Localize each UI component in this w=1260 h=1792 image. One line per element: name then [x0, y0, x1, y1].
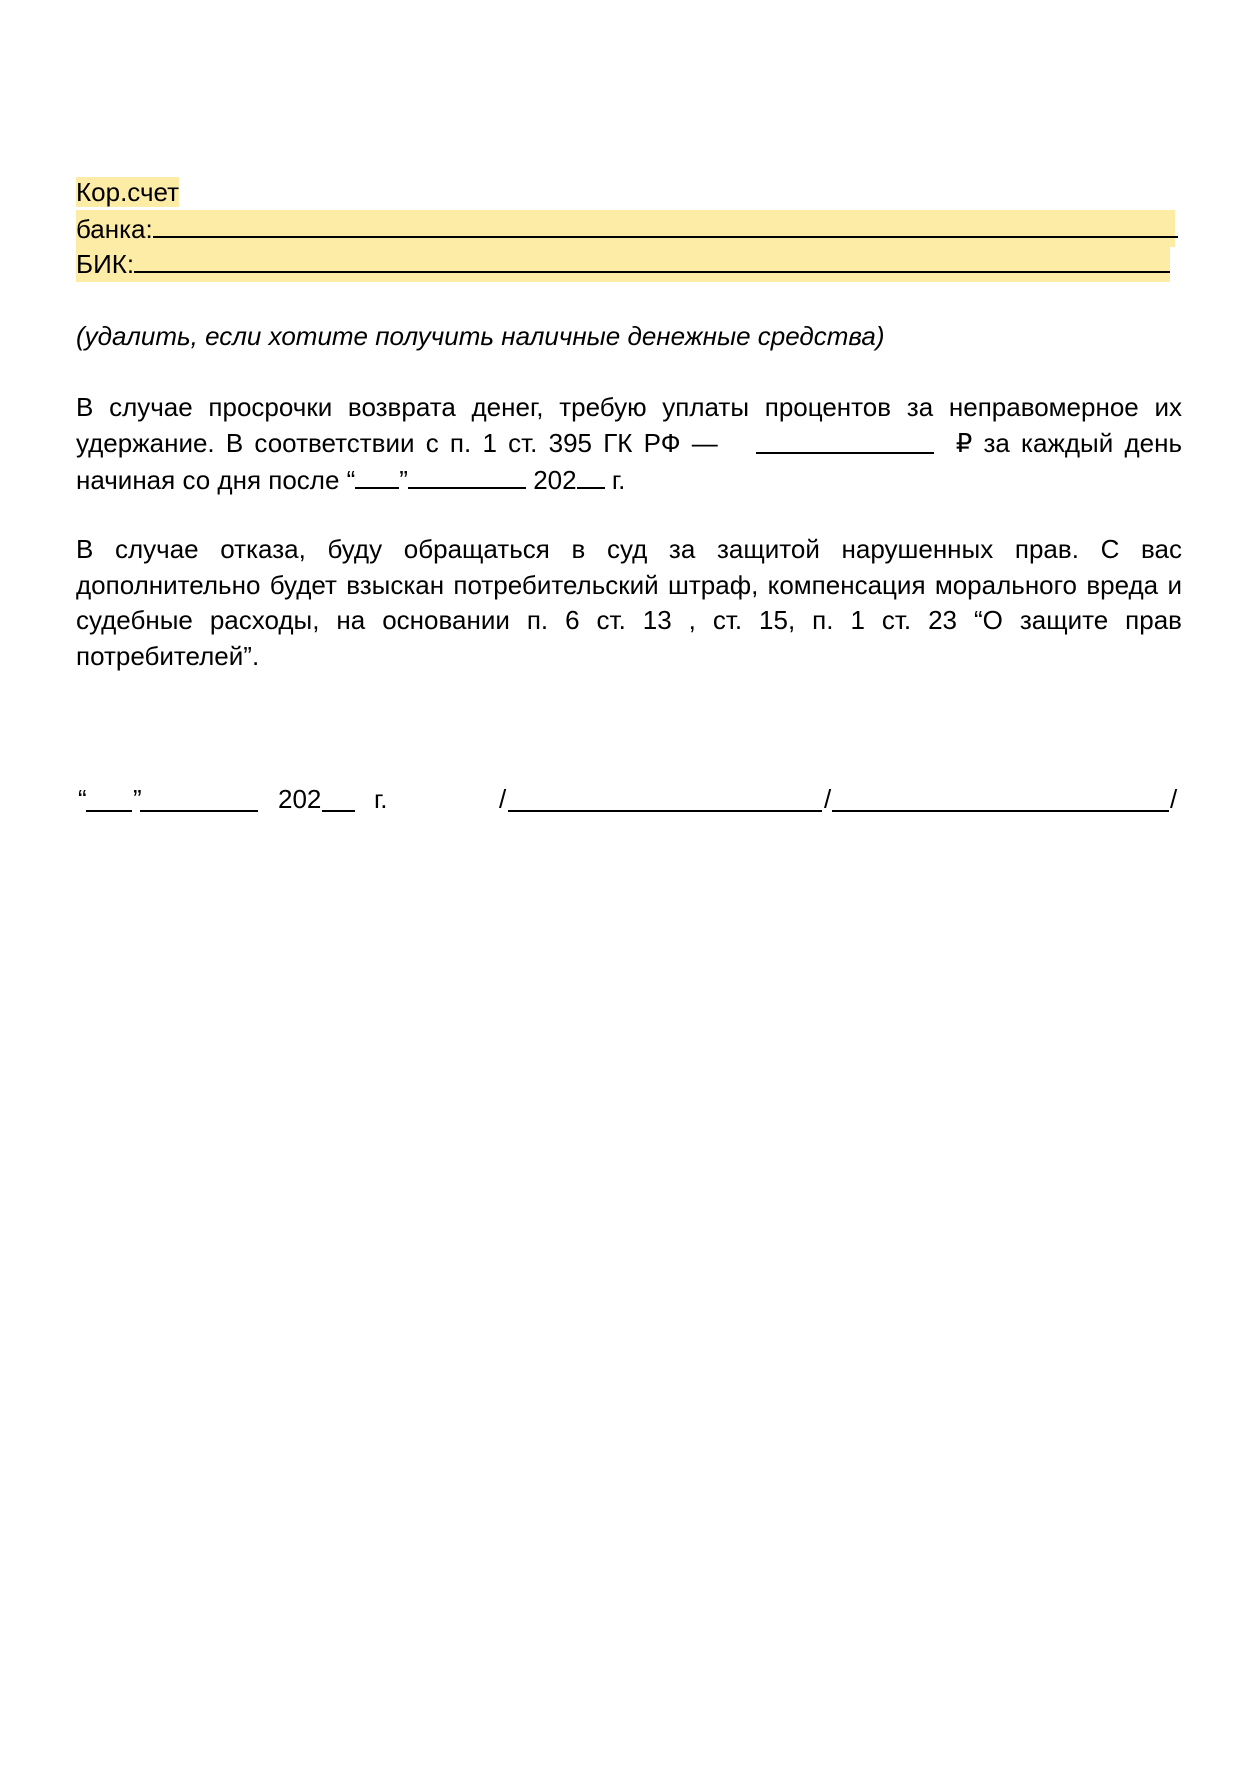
corr-account-row: Кор.счет	[76, 175, 179, 210]
year-blank[interactable]	[577, 461, 605, 489]
sig-slash-2: /	[824, 782, 831, 817]
interest-line-2-text: удержание. В соответствии с п. 1 ст. 395…	[76, 426, 718, 462]
sig-year-prefix: 202	[278, 782, 321, 817]
bank-account-blank[interactable]	[153, 210, 1178, 238]
signature-blank[interactable]	[508, 784, 822, 812]
interest-line-3-prefix: начиная со дня после “	[76, 465, 355, 495]
daily-amount-blank[interactable]	[756, 426, 934, 454]
document-page: Кор.счет банка: БИК: (удалить, если хоти…	[0, 0, 1260, 1792]
sig-slash-1: /	[499, 782, 506, 817]
sig-slash-3: /	[1170, 782, 1177, 817]
name-blank[interactable]	[832, 784, 1169, 812]
year-prefix: 202	[533, 465, 576, 495]
month-blank[interactable]	[408, 461, 526, 489]
corr-account-label: Кор.счет	[76, 177, 179, 207]
sig-day-blank[interactable]	[86, 784, 132, 812]
quote-close: ”	[399, 465, 408, 495]
cash-note: (удалить, если хотите получить наличные …	[76, 319, 885, 354]
day-blank[interactable]	[355, 461, 399, 489]
bank-label: банка:	[76, 214, 153, 244]
bik-label: БИК:	[76, 249, 134, 279]
interest-paragraph: В случае просрочки возврата денег, требу…	[76, 390, 1182, 499]
sig-month-blank[interactable]	[140, 784, 258, 812]
bik-blank[interactable]	[134, 245, 1170, 273]
bik-row[interactable]: БИК:	[76, 245, 1170, 282]
refusal-paragraph: В случае отказа, буду обращаться в суд з…	[76, 532, 1182, 674]
sig-year-blank[interactable]	[322, 784, 355, 812]
year-suffix: г.	[605, 465, 626, 495]
interest-line-2-tail: ₽ за каждый день	[956, 426, 1182, 462]
interest-line-3: начиная со дня после “” 202 г.	[76, 461, 1182, 499]
interest-line-2: удержание. В соответствии с п. 1 ст. 395…	[76, 426, 1182, 462]
interest-line-1: В случае просрочки возврата денег, требу…	[76, 390, 1182, 426]
sig-year-suffix: г.	[374, 782, 388, 817]
bank-account-row[interactable]: банка:	[76, 210, 1175, 247]
